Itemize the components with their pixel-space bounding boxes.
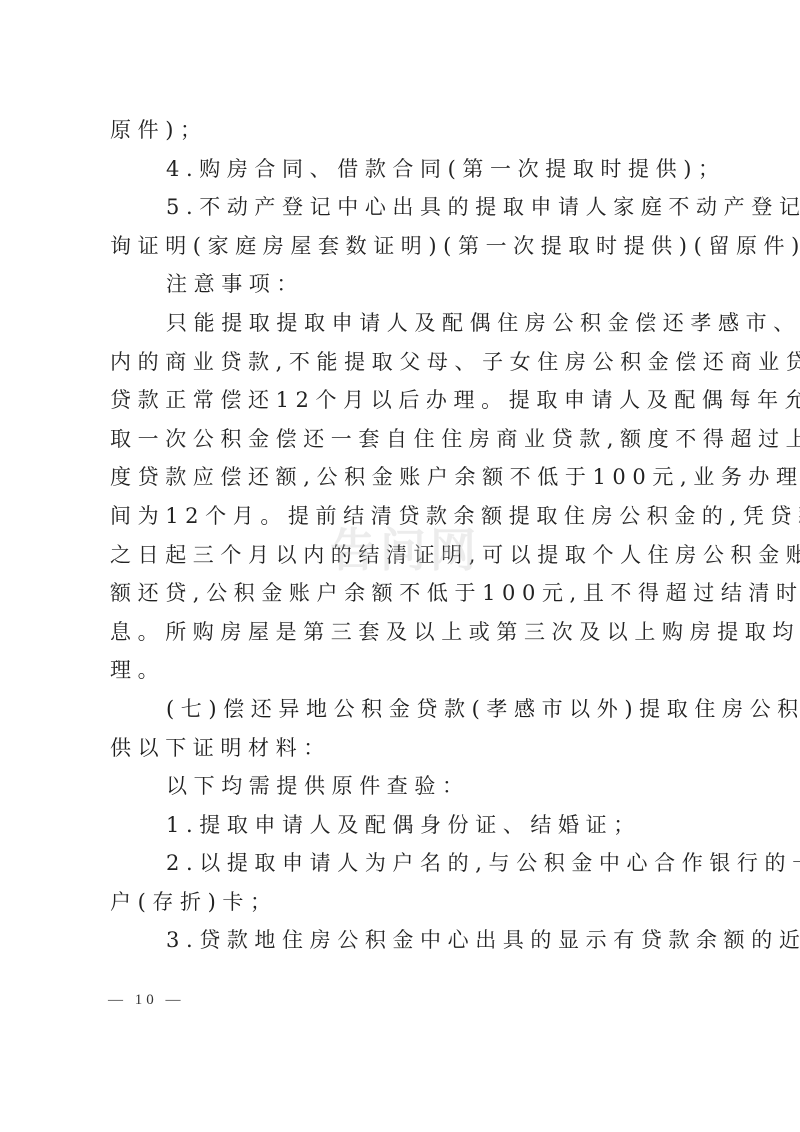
list-item-1: 1.提取申请人及配偶身份证、结婚证； — [110, 806, 710, 845]
list-item-5: 5.不动产登记中心出具的提取申请人家庭不动产登记情况查 — [110, 188, 710, 227]
section-heading-7: (七)偿还异地公积金贷款(孝感市以外)提取住房公积金应提 — [110, 690, 710, 729]
notice-paragraph-line: 间为12个月。提前结清贷款余额提取住房公积金的,凭贷款结清 — [110, 497, 710, 536]
text-line: 原件)； — [110, 111, 710, 150]
text-line: 户(存折)卡； — [110, 883, 710, 922]
page-number: — 10 — — [108, 992, 185, 1009]
notice-heading: 注意事项： — [110, 265, 710, 304]
notice-paragraph-line: 之日起三个月以内的结清证明,可以提取个人住房公积金账户余 — [110, 536, 710, 575]
notice-paragraph-line: 息。所购房屋是第三套及以上或第三次及以上购房提取均不予办 — [110, 613, 710, 652]
notice-paragraph-line: 额还贷,公积金账户余额不低于100元,且不得超过结清时贷款本 — [110, 574, 710, 613]
list-item-4: 4.购房合同、借款合同(第一次提取时提供)； — [110, 150, 710, 189]
requirement-note: 以下均需提供原件查验： — [110, 767, 710, 806]
notice-paragraph-line: 理。 — [110, 651, 710, 690]
body-text: 原件)； 4.购房合同、借款合同(第一次提取时提供)； 5.不动产登记中心出具的… — [110, 111, 710, 960]
list-item-3: 3.贷款地住房公积金中心出具的显示有贷款余额的近期12 — [110, 921, 710, 960]
notice-paragraph-line: 度贷款应偿还额,公积金账户余额不低于100元,业务办理间隔时 — [110, 458, 710, 497]
list-item-2: 2.以提取申请人为户名的,与公积金中心合作银行的一类账 — [110, 844, 710, 883]
notice-paragraph-line: 取一次公积金偿还一套自住住房商业贷款,额度不得超过上一年 — [110, 420, 710, 459]
text-line: 询证明(家庭房屋套数证明)(第一次提取时提供)(留原件)。 — [110, 227, 710, 266]
notice-paragraph-line: 只能提取提取申请人及配偶住房公积金偿还孝感市、武汉市 — [110, 304, 710, 343]
notice-paragraph-line: 内的商业贷款,不能提取父母、子女住房公积金偿还商业贷款,在 — [110, 343, 710, 382]
section-heading-7-cont: 供以下证明材料： — [110, 729, 710, 768]
notice-paragraph-line: 贷款正常偿还12个月以后办理。提取申请人及配偶每年允许提 — [110, 381, 710, 420]
document-page: 原件)； 4.购房合同、借款合同(第一次提取时提供)； 5.不动产登记中心出具的… — [0, 0, 800, 1132]
